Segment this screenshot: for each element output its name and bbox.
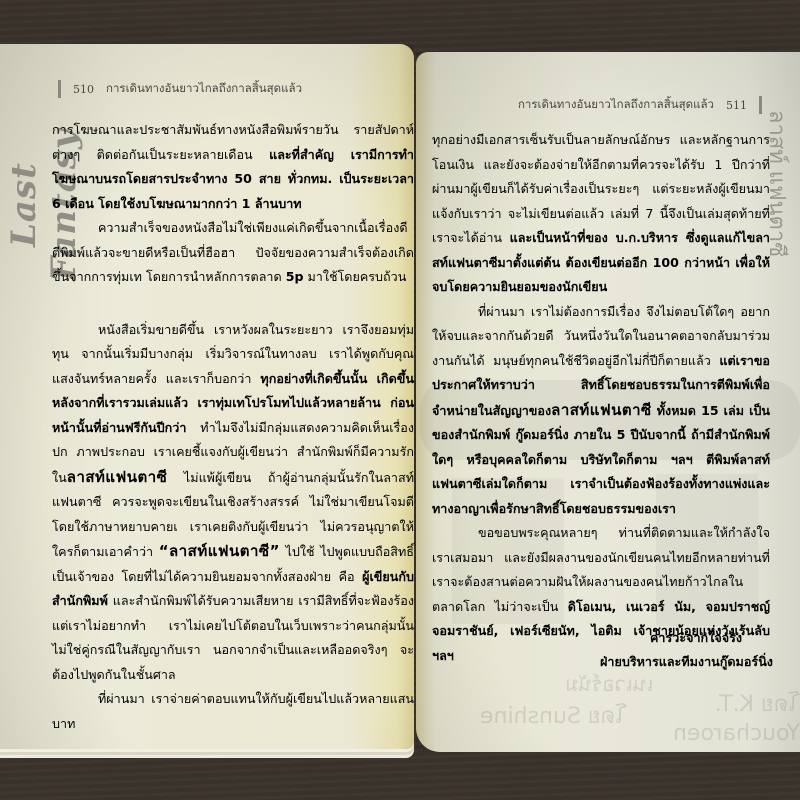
left-running-title: การเดินทางอันยาวไกลถึงกาลสิ้นสุดแล้ว [106, 80, 302, 98]
brand-name: “ลาสท์แฟนตาซี” [159, 542, 280, 560]
text-run: มาใช้โดยครบถ้วน [303, 269, 406, 284]
paragraph: ที่ผ่านมา เราจ่ายค่าตอบแทนให้กับผู้เขียน… [52, 687, 414, 736]
bold-text-run: 5p [286, 269, 304, 284]
text-run: ทุกอย่างมีเอกสารเซ็นรับเป็นลายลักษณ์อักษ… [432, 132, 770, 245]
bold-text-run: ทั้งหมด 15 เล่ม เป็นของสำนักพิมพ์ กู๊ดมอ… [432, 403, 770, 516]
signature-closing: คารวะจากใจจริง [650, 628, 742, 648]
header-rule [58, 80, 61, 98]
brand-name: ลาสท์แฟนตาซี [67, 468, 168, 486]
right-page-number: 511 [726, 99, 747, 112]
header-rule [759, 96, 762, 114]
text-run: ที่ผ่านมา เราจ่ายค่าตอบแทนให้กับผู้เขียน… [52, 691, 414, 731]
right-running-title: การเดินทางอันยาวไกลถึงกาลสิ้นสุดแล้ว [518, 96, 714, 114]
paragraph: หนังสือเริ่มขายดีขึ้น เราหวังผลในระยะยาว… [52, 318, 414, 688]
left-page-number: 510 [73, 83, 94, 96]
left-side-title-logo: Last Fantasy [4, 90, 50, 320]
bleed-through-text: เนเวอร์นัม [565, 668, 653, 700]
left-running-header: 510 การเดินทางอันยาวไกลถึงกาลสิ้นสุดแล้ว [58, 80, 302, 98]
right-running-header: การเดินทางอันยาวไกลถึงกาลสิ้นสุดแล้ว 511 [518, 96, 762, 114]
right-page-body: ทุกอย่างมีเอกสารเซ็นรับเป็นลายลักษณ์อักษ… [432, 128, 770, 668]
brand-name: ลาสท์แฟนตาซี [551, 401, 652, 419]
paragraph: การโฆษณาและประชาสัมพันธ์ทางหนังสือพิมพ์ร… [52, 118, 414, 216]
bleed-through-text: โดย Sunshine [480, 698, 627, 733]
paragraph: ความสำเร็จของหนังสือไม่ใช่เพียงแค่เกิดขึ… [52, 216, 414, 290]
left-page-body: การโฆษณาและประชาสัมพันธ์ทางหนังสือพิมพ์ร… [52, 118, 414, 736]
paragraph: ทุกอย่างมีเอกสารเซ็นรับเป็นลายลักษณ์อักษ… [432, 128, 770, 300]
paragraph: ที่ผ่านมา เราไม่ต้องการมีเรื่อง จึงไม่ตอ… [432, 300, 770, 522]
